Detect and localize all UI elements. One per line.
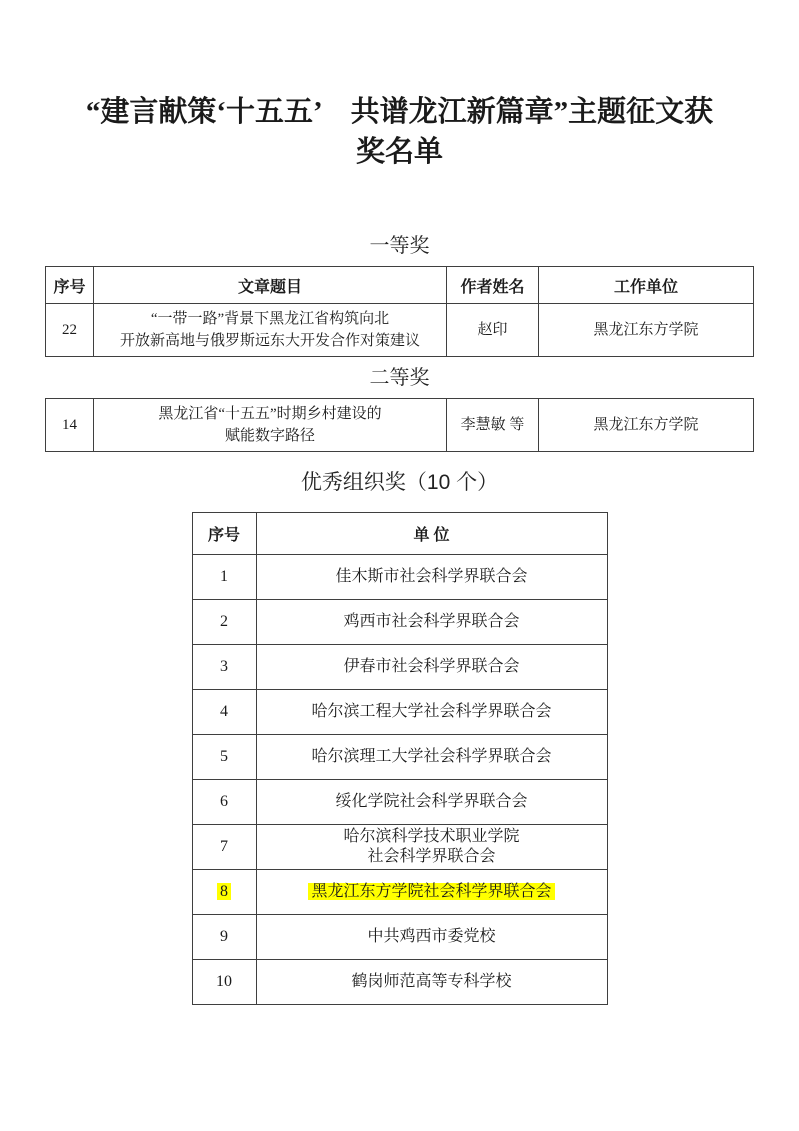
table-row: 6 绥化学院社会科学界联合会 bbox=[192, 780, 607, 825]
serial-cell: 1 bbox=[192, 555, 256, 600]
serial-cell: 4 bbox=[192, 690, 256, 735]
first-prize-row: 22 “一带一路”背景下黑龙江省构筑向北 开放新高地与俄罗斯远东大开发合作对策建… bbox=[46, 304, 754, 357]
unit-cell: 哈尔滨理工大学社会科学界联合会 bbox=[256, 735, 607, 780]
second-prize-table: 14 黑龙江省“十五五”时期乡村建设的 赋能数字路径 李慧敏 等 黑龙江东方学院 bbox=[45, 398, 754, 452]
column-header-work-unit: 工作单位 bbox=[539, 267, 754, 304]
unit-cell: 伊春市社会科学界联合会 bbox=[256, 645, 607, 690]
unit-cell: 哈尔滨工程大学社会科学界联合会 bbox=[256, 690, 607, 735]
table-row: 10 鹤岗师范高等专科学校 bbox=[192, 960, 607, 1005]
serial-cell: 22 bbox=[46, 304, 94, 357]
serial-cell: 7 bbox=[192, 825, 256, 870]
serial-cell: 14 bbox=[46, 399, 94, 452]
article-title-line-2: 赋能数字路径 bbox=[94, 425, 446, 447]
section-heading-org-award: 优秀组织奖（10 个） bbox=[0, 471, 799, 495]
unit-line-1: 哈尔滨科学技术职业学院 bbox=[257, 827, 607, 847]
unit-cell: 哈尔滨科学技术职业学院 社会科学界联合会 bbox=[256, 825, 607, 870]
author-cell: 赵印 bbox=[447, 304, 539, 357]
document-page: “建言献策‘十五五’ 共谱龙江新篇章”主题征文获 奖名单 一等奖 序号 文章题目… bbox=[0, 0, 799, 1131]
article-title-line-1: “一带一路”背景下黑龙江省构筑向北 bbox=[94, 308, 446, 330]
serial-cell: 2 bbox=[192, 600, 256, 645]
table-row: 2 鸡西市社会科学界联合会 bbox=[192, 600, 607, 645]
article-title-cell: “一带一路”背景下黑龙江省构筑向北 开放新高地与俄罗斯远东大开发合作对策建议 bbox=[94, 304, 447, 357]
serial-cell: 6 bbox=[192, 780, 256, 825]
work-unit-cell: 黑龙江东方学院 bbox=[539, 399, 754, 452]
article-title-line-2: 开放新高地与俄罗斯远东大开发合作对策建议 bbox=[94, 330, 446, 352]
serial-cell: 9 bbox=[192, 915, 256, 960]
second-prize-row: 14 黑龙江省“十五五”时期乡村建设的 赋能数字路径 李慧敏 等 黑龙江东方学院 bbox=[46, 399, 754, 452]
unit-cell: 佳木斯市社会科学界联合会 bbox=[256, 555, 607, 600]
table-row: 4 哈尔滨工程大学社会科学界联合会 bbox=[192, 690, 607, 735]
column-header-unit: 单 位 bbox=[256, 513, 607, 555]
column-header-author: 作者姓名 bbox=[447, 267, 539, 304]
serial-cell: 8 bbox=[192, 870, 256, 915]
org-awards-table: 序号 单 位 1 佳木斯市社会科学界联合会 2 鸡西市社会科学界联合会 3 伊春… bbox=[192, 512, 608, 1005]
document-title-line-2: 奖名单 bbox=[0, 132, 799, 172]
serial-cell: 5 bbox=[192, 735, 256, 780]
article-title-cell: 黑龙江省“十五五”时期乡村建设的 赋能数字路径 bbox=[94, 399, 447, 452]
author-cell: 李慧敏 等 bbox=[447, 399, 539, 452]
table-row: 1 佳木斯市社会科学界联合会 bbox=[192, 555, 607, 600]
table-row: 3 伊春市社会科学界联合会 bbox=[192, 645, 607, 690]
first-prize-header-row: 序号 文章题目 作者姓名 工作单位 bbox=[46, 267, 754, 304]
unit-cell: 鹤岗师范高等专科学校 bbox=[256, 960, 607, 1005]
column-header-serial: 序号 bbox=[192, 513, 256, 555]
table-row: 7 哈尔滨科学技术职业学院 社会科学界联合会 bbox=[192, 825, 607, 870]
unit-cell: 鸡西市社会科学界联合会 bbox=[256, 600, 607, 645]
section-heading-second-prize: 二等奖 bbox=[0, 366, 799, 390]
highlighted-serial: 8 bbox=[217, 883, 231, 900]
table-row: 9 中共鸡西市委党校 bbox=[192, 915, 607, 960]
serial-cell: 3 bbox=[192, 645, 256, 690]
article-title-line-1: 黑龙江省“十五五”时期乡村建设的 bbox=[94, 403, 446, 425]
document-title-line-1: “建言献策‘十五五’ 共谱龙江新篇章”主题征文获 bbox=[0, 92, 799, 132]
unit-cell: 黑龙江东方学院社会科学界联合会 bbox=[256, 870, 607, 915]
serial-cell: 10 bbox=[192, 960, 256, 1005]
table-row-highlighted: 8 黑龙江东方学院社会科学界联合会 bbox=[192, 870, 607, 915]
unit-line-2: 社会科学界联合会 bbox=[257, 847, 607, 867]
work-unit-cell: 黑龙江东方学院 bbox=[539, 304, 754, 357]
org-awards-header-row: 序号 单 位 bbox=[192, 513, 607, 555]
column-header-article-title: 文章题目 bbox=[94, 267, 447, 304]
table-row: 5 哈尔滨理工大学社会科学界联合会 bbox=[192, 735, 607, 780]
unit-cell: 中共鸡西市委党校 bbox=[256, 915, 607, 960]
section-heading-first-prize: 一等奖 bbox=[0, 234, 799, 258]
document-title: “建言献策‘十五五’ 共谱龙江新篇章”主题征文获 奖名单 bbox=[0, 0, 799, 172]
column-header-serial: 序号 bbox=[46, 267, 94, 304]
first-prize-table: 序号 文章题目 作者姓名 工作单位 22 “一带一路”背景下黑龙江省构筑向北 开… bbox=[45, 266, 754, 357]
highlighted-unit: 黑龙江东方学院社会科学界联合会 bbox=[308, 883, 554, 900]
unit-cell: 绥化学院社会科学界联合会 bbox=[256, 780, 607, 825]
